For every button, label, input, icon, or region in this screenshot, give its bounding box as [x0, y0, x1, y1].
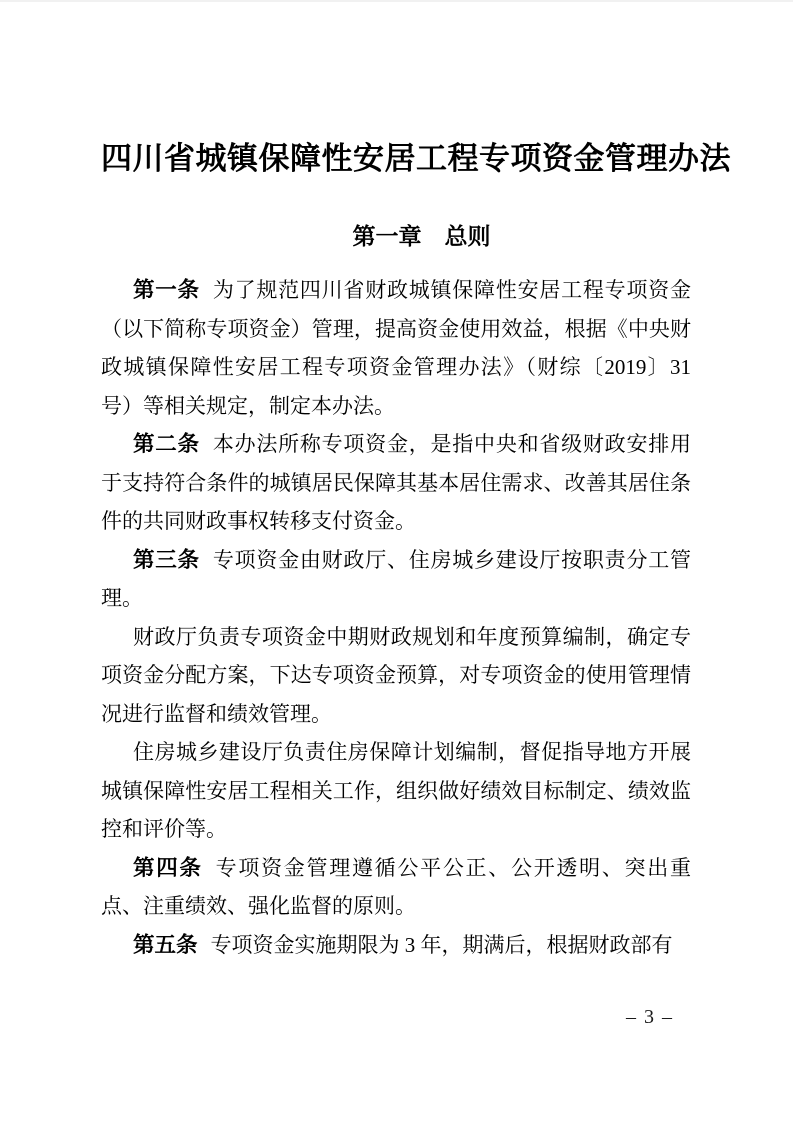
document-body: 第一条为了规范四川省财政城镇保障性安居工程专项资金（以下简称专项资金）管理，提高…	[101, 271, 691, 964]
article-number: 第三条	[133, 548, 200, 572]
document-title: 四川省城镇保障性安居工程专项资金管理办法	[101, 139, 693, 179]
paragraph: 财政厅负责专项资金中期财政规划和年度预算编制，确定专项资金分配方案，下达专项资金…	[101, 618, 691, 734]
paragraph: 住房城乡建设厅负责住房保障计划编制，督促指导地方开展城镇保障性安居工程相关工作，…	[101, 733, 691, 849]
paragraph-text: 住房城乡建设厅负责住房保障计划编制，督促指导地方开展城镇保障性安居工程相关工作，…	[101, 740, 691, 841]
paragraph: 第四条专项资金管理遵循公平公正、公开透明、突出重点、注重绩效、强化监督的原则。	[101, 849, 691, 926]
article-number: 第一条	[133, 278, 200, 302]
chapter-heading: 第一章 总则	[25, 222, 793, 252]
article-number: 第五条	[133, 933, 198, 957]
page-number: – 3 –	[626, 1005, 672, 1029]
paragraph-text: 财政厅负责专项资金中期财政规划和年度预算编制，确定专项资金分配方案，下达专项资金…	[101, 625, 691, 726]
article-number: 第二条	[133, 432, 200, 456]
article-number: 第四条	[133, 856, 203, 880]
paragraph: 第五条专项资金实施期限为 3 年，期满后，根据财政部有	[101, 926, 691, 965]
paragraph-text: 专项资金实施期限为 3 年，期满后，根据财政部有	[211, 933, 673, 957]
paragraph: 第一条为了规范四川省财政城镇保障性安居工程专项资金（以下简称专项资金）管理，提高…	[101, 271, 691, 425]
paragraph: 第三条专项资金由财政厅、住房城乡建设厅按职责分工管理。	[101, 541, 691, 618]
paragraph: 第二条本办法所称专项资金，是指中央和省级财政安排用于支持符合条件的城镇居民保障其…	[101, 425, 691, 541]
document-page: 四川省城镇保障性安居工程专项资金管理办法 第一章 总则 第一条为了规范四川省财政…	[0, 0, 793, 1122]
